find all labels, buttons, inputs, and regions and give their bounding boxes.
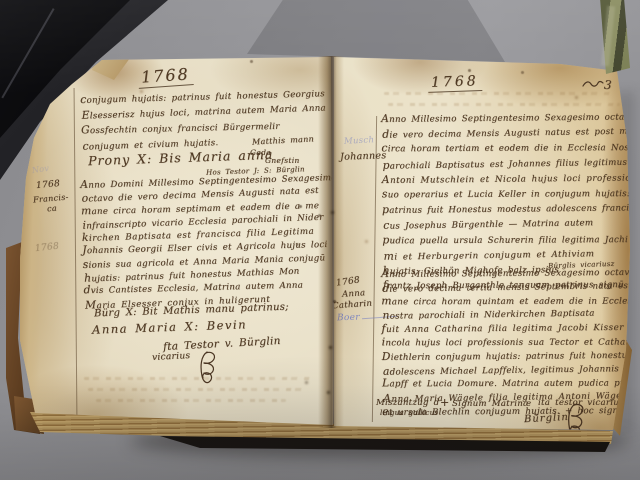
ink-spots-and-stains: [0, 0, 3, 3]
margin-name-note: Anna: [342, 288, 366, 300]
margin-rule-right-page: [372, 116, 378, 422]
year-heading-left: 1768: [137, 64, 193, 87]
page-number-flourish-icon: [582, 78, 604, 90]
year-heading-text: 1768: [428, 73, 482, 93]
right-entry2-text: Anno Millesimo Septingentesimo Sexagesim…: [381, 266, 630, 420]
year-heading-right: 1768: [428, 73, 482, 91]
margin-rule-left-page: [74, 88, 78, 420]
margin-ghost-note: Nov: [31, 164, 49, 175]
margin-name-note: Johannes: [340, 150, 387, 163]
bleed-through-line: [88, 388, 304, 391]
signature-vicarius: vicarius: [152, 351, 191, 363]
bleed-through-line: [384, 92, 612, 95]
closing-left: Miszantzug d: [376, 398, 439, 408]
manuscript-text-line: incola hujus loci professionis sua Tecto…: [382, 335, 630, 350]
book-gutter: [318, 56, 344, 428]
margin-ghost-year: 1768: [35, 242, 60, 254]
margin-name-note: Francis-: [33, 192, 69, 204]
margin-ghost-note: Musch: [344, 135, 375, 147]
closing-left-sub: lingua gallicus: [380, 409, 438, 417]
bleed-through-line: [388, 103, 620, 106]
names-line-right-low: Gnefstin: [265, 156, 300, 165]
manuscript-text-line: suo operarius et Lucia Keller in conjugu…: [382, 186, 630, 203]
manuscript-text-line: fuit Anna Catharina filia legitima Jacob…: [381, 321, 629, 337]
closing-signum: Signum Matrinæ: [452, 399, 531, 409]
margin-year-note: 1768: [36, 179, 61, 191]
left-entry2-text: Anno Domini Millesimo Septingentesimo Se…: [80, 171, 330, 312]
closing-cross: +: [440, 396, 450, 409]
bleed-through-line: [96, 399, 286, 402]
margin-name-note-2: ca: [47, 204, 58, 214]
monogram-flourish-icon: [193, 350, 223, 386]
signature-matrina: Anna Maria X: Bevin: [92, 317, 247, 336]
bleed-through-line: [84, 377, 310, 380]
photo-open-parish-register: 2 1768 Nov 1768 Francis- ca 1768 conjugu…: [0, 0, 640, 480]
page-number: 3: [604, 78, 613, 92]
year-heading-text: 1768: [137, 64, 193, 89]
